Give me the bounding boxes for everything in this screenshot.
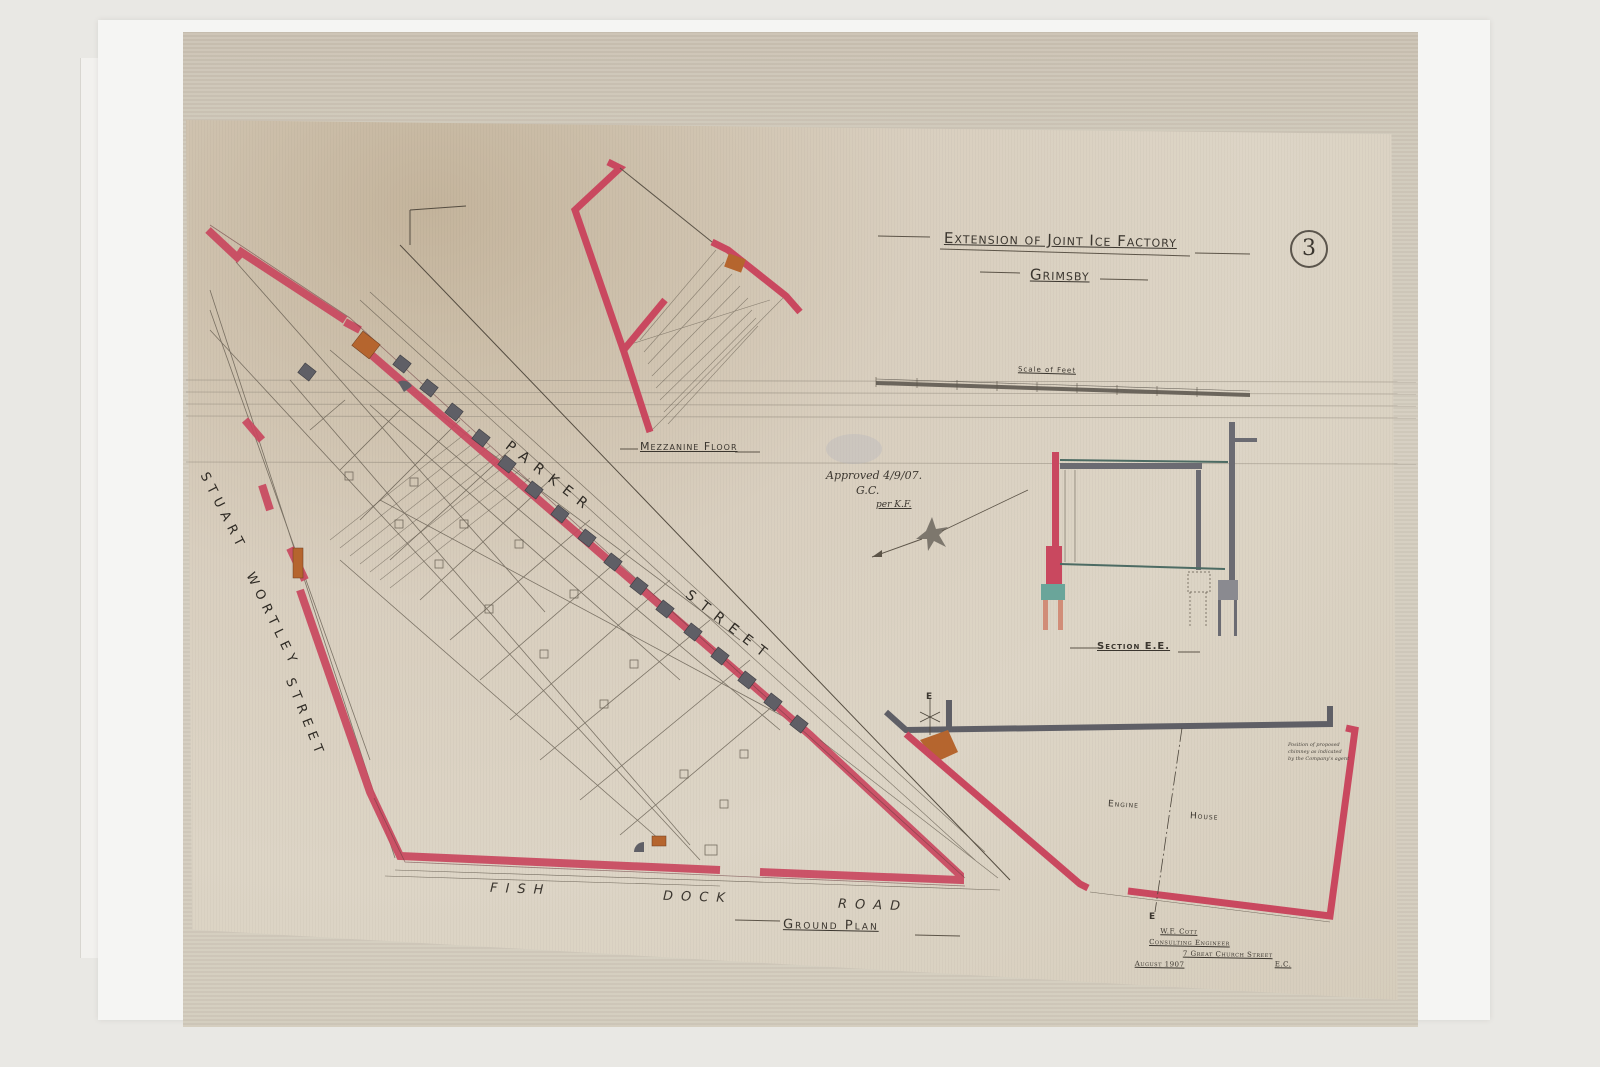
steel-piers — [298, 355, 808, 733]
scale-label: Scale of Feet — [1018, 365, 1076, 375]
drawing-location: Grimsby — [1030, 265, 1090, 284]
faded-stamp — [826, 434, 882, 464]
chimney-note: Position of proposed chimney as indicate… — [1288, 742, 1349, 763]
section-mark-top: E — [926, 692, 932, 702]
fish-dock-road-label-road: ROAD — [838, 897, 909, 914]
engine-room-label: Engine — [1108, 799, 1139, 811]
column-bases — [345, 472, 748, 855]
site-outline-top — [410, 206, 466, 210]
ground-plan-label: Ground Plan — [783, 917, 879, 934]
note-line-1: Position of proposed — [1288, 742, 1349, 749]
scale-bar — [876, 377, 1250, 397]
note-line-3: by the Company's agent — [1288, 756, 1349, 763]
engineer-signature-block: W.F. Cott Consulting Engineer 7 Great Ch… — [1135, 926, 1273, 972]
fish-dock-road-label-dock: DOCK — [663, 889, 733, 906]
mezzanine-floor-plan — [575, 162, 800, 432]
engineer-postcode: E.C. — [1275, 959, 1292, 970]
approval-annotation: Approved 4/9/07. G.C. per K.F. — [826, 468, 922, 513]
ground-plan-walls — [208, 230, 960, 880]
fish-dock-road-label-fish: FISH — [490, 881, 552, 898]
house-room-label: House — [1190, 811, 1219, 822]
approval-per: per K.F. — [826, 498, 922, 513]
sheet-number-badge: 3 — [1290, 230, 1328, 268]
approval-date: Approved 4/9/07. — [826, 468, 922, 483]
section-ee-label: Section E.E. — [1097, 641, 1170, 652]
approval-initials: G.C. — [826, 483, 922, 498]
note-line-2: chimney as indicated — [1288, 749, 1349, 756]
ground-plan-wall-outlines — [210, 225, 965, 886]
section-ee-drawing — [1041, 422, 1257, 636]
section-mark-bottom: E — [1149, 912, 1155, 922]
mezzanine-floor-label: Mezzanine Floor — [640, 440, 738, 453]
